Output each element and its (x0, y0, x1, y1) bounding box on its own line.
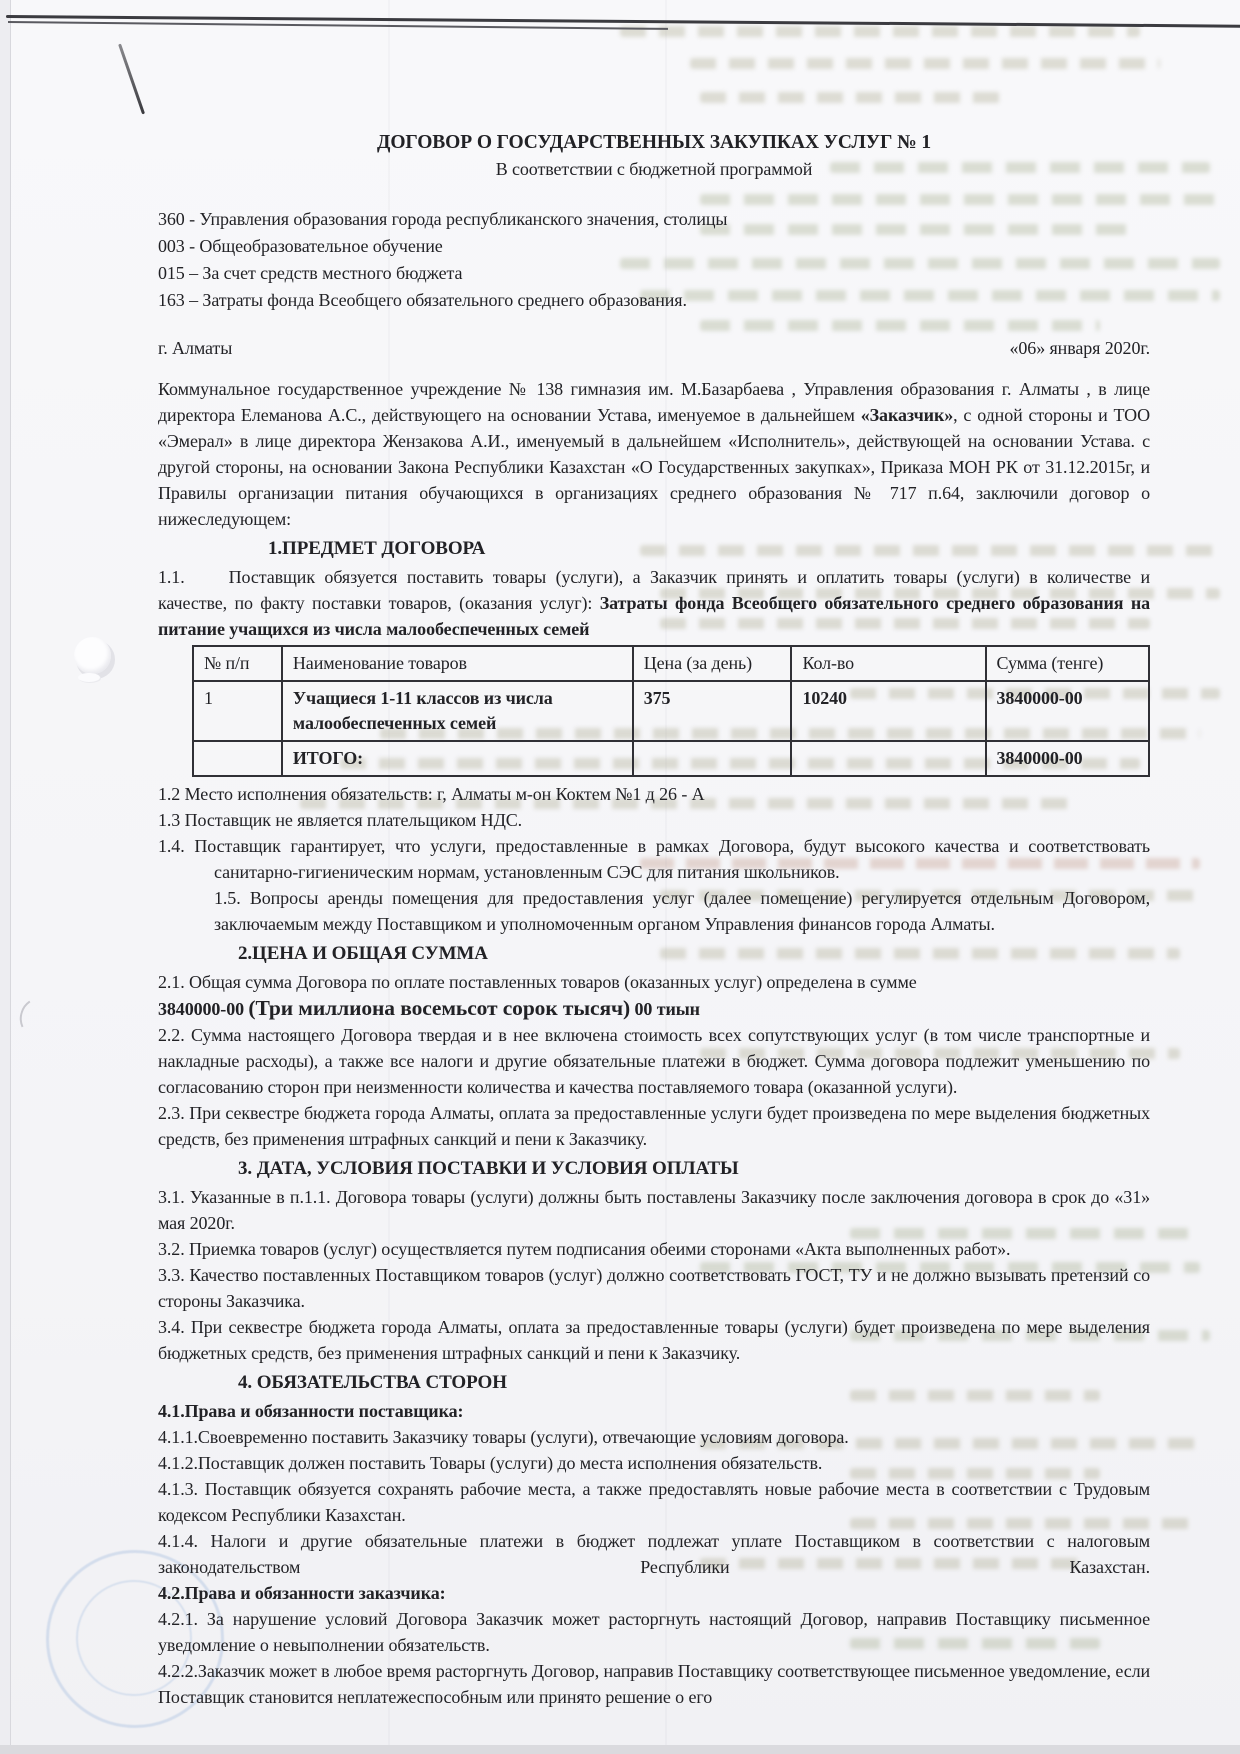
col-header-qty: Кол-во (791, 646, 985, 681)
sum-amount: 3840000-00 (158, 999, 248, 1019)
table-row: 1 Учащиеся 1-11 классов из числа малообе… (193, 681, 1149, 741)
table-total-row: ИТОГО: 3840000-00 (193, 741, 1149, 776)
clause-1-5: 1.5. Вопросы аренды помещения для предос… (158, 885, 1150, 937)
cell-sum: 3840000-00 (986, 681, 1150, 741)
cell-empty (633, 741, 792, 776)
clause-4-1-4: 4.1.4. Налоги и другие обязательные плат… (158, 1528, 1150, 1580)
clause-3-1: 3.1. Указанные в п.1.1. Договора товары … (158, 1184, 1150, 1236)
clause-4-2-1: 4.2.1. За нарушение условий Договора Зак… (158, 1606, 1150, 1658)
col-header-sum: Сумма (тенге) (986, 646, 1150, 681)
contract-document: ДОГОВОР О ГОСУДАРСТВЕННЫХ ЗАКУПКАХ УСЛУГ… (158, 130, 1150, 1710)
cell-empty (193, 741, 282, 776)
col-header-price: Цена (за день) (633, 646, 792, 681)
clause-4-2-2: 4.2.2.Заказчик может в любое время расто… (158, 1658, 1150, 1710)
subsection-4-2-heading: 4.2.Права и обязанности заказчика: (158, 1580, 1150, 1606)
bleedthrough-smudge (690, 58, 1160, 69)
sum-tail: 00 тиын (630, 999, 700, 1019)
page-bottom-edge (0, 1745, 1240, 1754)
cell-price: 375 (633, 681, 792, 741)
cell-name: Учащиеся 1-11 классов из числа малообесп… (282, 681, 633, 741)
contract-sum-line: 3840000-00 (Три миллиона восемьсот сорок… (158, 995, 1150, 1022)
pen-mark (118, 44, 145, 115)
sum-in-words: (Три миллиона восемьсот сорок тысяч) (248, 996, 630, 1020)
hole-punch-shadow (15, 994, 56, 1039)
budget-code-line: 163 – Затраты фонда Всеобщего обязательн… (158, 287, 1150, 314)
clause-4-1-1: 4.1.1.Своевременно поставить Заказчику т… (158, 1424, 1150, 1450)
cell-num: 1 (193, 681, 282, 741)
table-header-row: № п/п Наименование товаров Цена (за день… (193, 646, 1149, 681)
clause-2-1: 2.1. Общая сумма Договора по оплате пост… (158, 969, 1150, 995)
page-left-edge (0, 0, 11, 1754)
section-3-heading: 3. ДАТА, УСЛОВИЯ ПОСТАВКИ И УСЛОВИЯ ОПЛА… (158, 1156, 1150, 1182)
cell-qty: 10240 (791, 681, 985, 741)
clause-3-4: 3.4. При секвестре бюджета города Алматы… (158, 1314, 1150, 1366)
col-header-name: Наименование товаров (282, 646, 633, 681)
clause-2-3: 2.3. При секвестре бюджета города Алматы… (158, 1100, 1150, 1152)
cell-empty (791, 741, 985, 776)
contract-date: «06» января 2020г. (1010, 335, 1151, 361)
clause-1-3: 1.3 Поставщик не является плательщиком Н… (158, 807, 1150, 833)
bleedthrough-smudge (700, 92, 1000, 103)
cell-total-label: ИТОГО: (282, 741, 633, 776)
budget-code-line: 015 – За счет средств местного бюджета (158, 260, 1150, 287)
goods-table: № п/п Наименование товаров Цена (за день… (192, 645, 1150, 777)
clause-1-4: 1.4. Поставщик гарантирует, что услуги, … (158, 833, 1150, 885)
budget-code-line: 003 - Общеобразовательное обучение (158, 233, 1150, 260)
clause-number: 1.1. (158, 567, 185, 587)
section-1-heading: 1.ПРЕДМЕТ ДОГОВОРА (158, 536, 1150, 562)
budget-code-line: 360 - Управления образования города респ… (158, 206, 1150, 233)
section-2-heading: 2.ЦЕНА И ОБЩАЯ СУММА (158, 941, 1150, 967)
clause-1-2: 1.2 Место исполнения обязательств: г, Ал… (158, 781, 1150, 807)
customer-term: «Заказчик» (861, 405, 953, 425)
city-date-row: г. Алматы «06» января 2020г. (158, 335, 1150, 361)
scanned-contract-page: { "doc": { "title": "ДОГОВОР О ГОСУДАРСТ… (0, 0, 1240, 1754)
section-4-heading: 4. ОБЯЗАТЕЛЬСТВА СТОРОН (158, 1370, 1150, 1396)
city-label: г. Алматы (158, 335, 232, 361)
clause-1-1: 1.1.Поставщик обязуется поставить товары… (158, 564, 1150, 642)
clause-3-3: 3.3. Качество поставленных Поставщиком т… (158, 1262, 1150, 1314)
budget-program-codes: 360 - Управления образования города респ… (158, 206, 1150, 314)
clause-4-1-3: 4.1.3. Поставщик обязуется сохранять раб… (158, 1476, 1150, 1528)
clause-2-2: 2.2. Сумма настоящего Договора твердая и… (158, 1022, 1150, 1100)
document-subtitle: В соответствии с бюджетной программой (158, 156, 1150, 182)
bleedthrough-smudge (620, 26, 1140, 37)
document-title: ДОГОВОР О ГОСУДАРСТВЕННЫХ ЗАКУПКАХ УСЛУГ… (158, 130, 1150, 156)
col-header-num: № п/п (193, 646, 282, 681)
preamble: Коммунальное государственное учреждение … (158, 376, 1150, 532)
scan-edge-line (6, 15, 1240, 28)
subsection-4-1-heading: 4.1.Права и обязанности поставщика: (158, 1398, 1150, 1424)
cell-total-sum: 3840000-00 (986, 741, 1150, 776)
clause-4-1-2: 4.1.2.Поставщик должен поставить Товары … (158, 1450, 1150, 1476)
hole-punch (74, 637, 111, 674)
clause-3-2: 3.2. Приемка товаров (услуг) осуществляе… (158, 1236, 1150, 1262)
